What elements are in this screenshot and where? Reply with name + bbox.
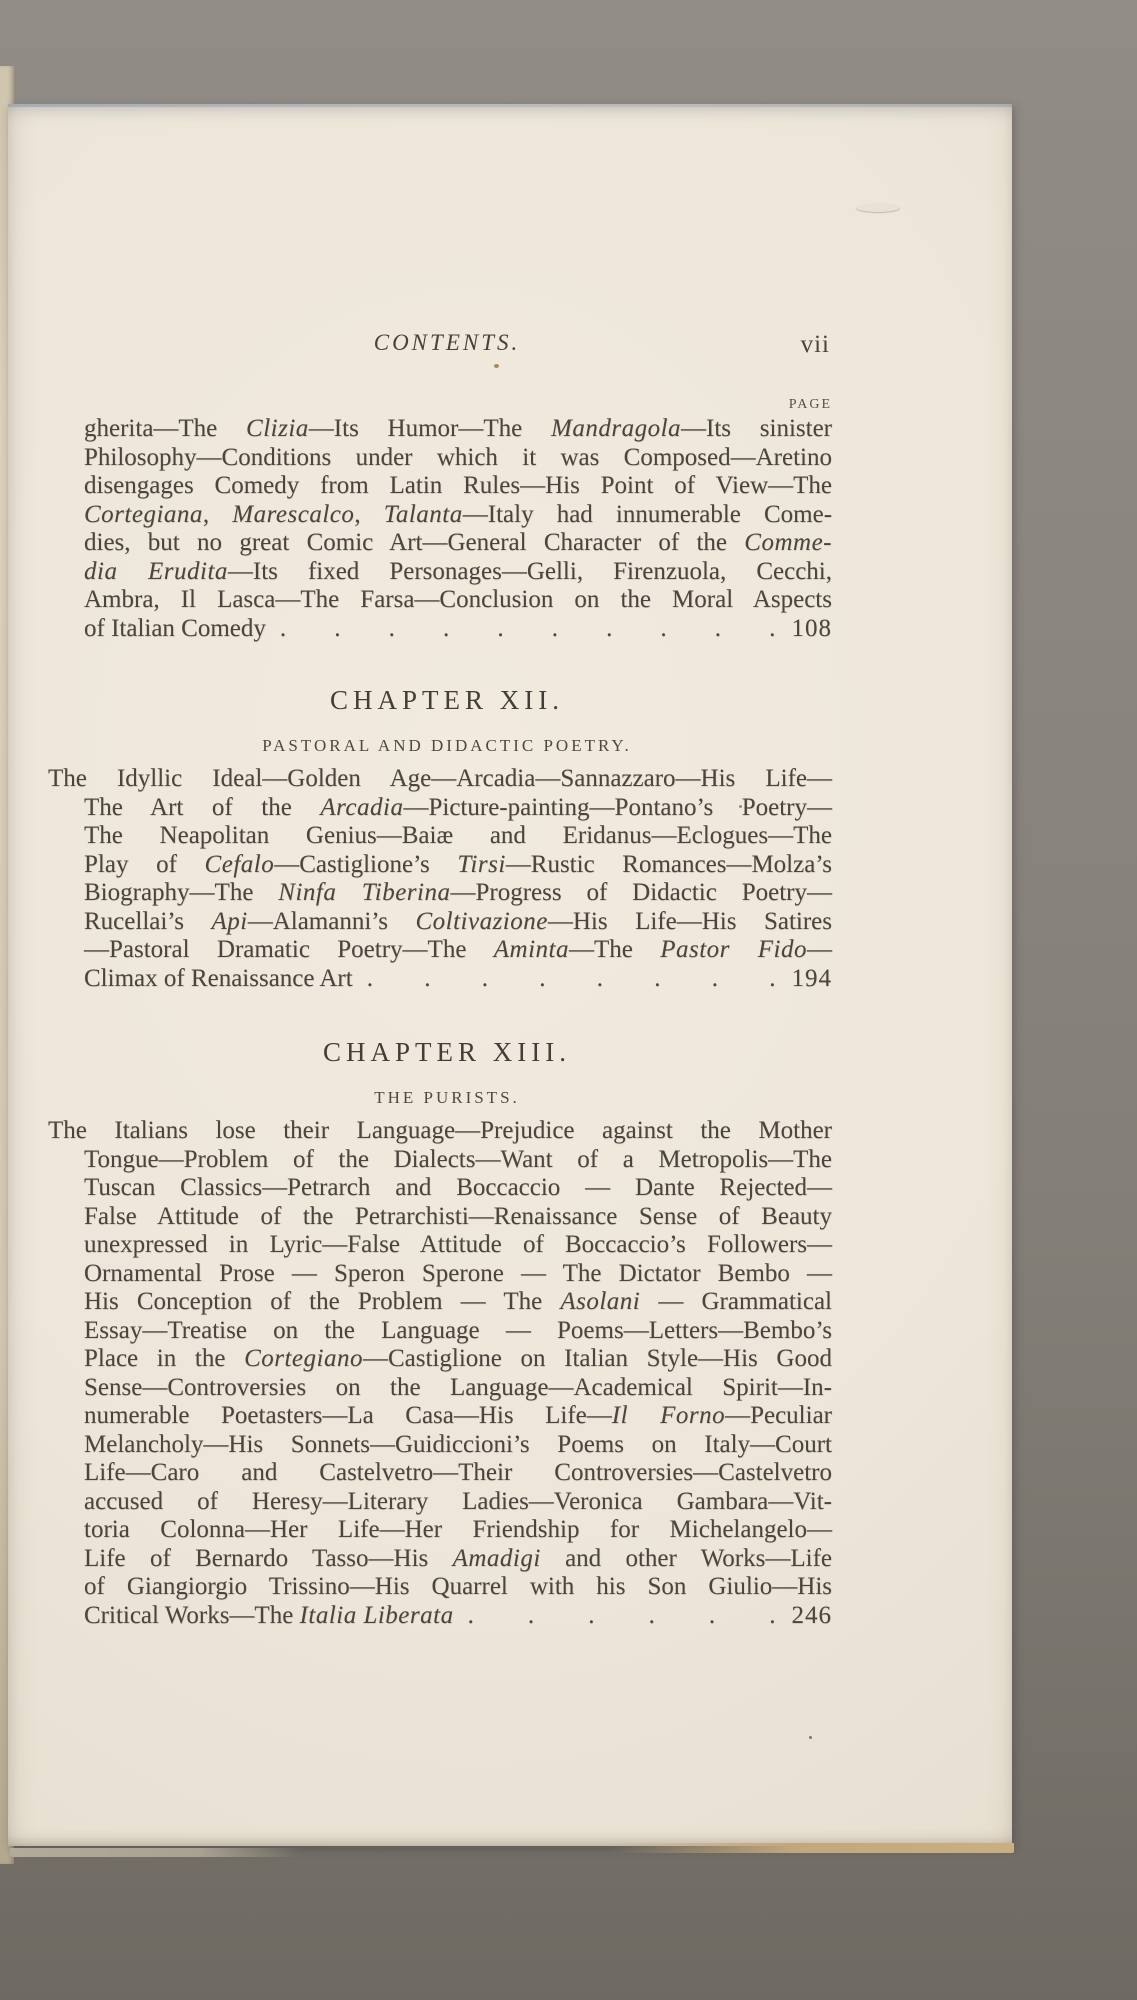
toc-text: Rucellai’s — [84, 908, 211, 935]
torn-paper-edge — [856, 203, 900, 212]
toc-line: Biography—The Ninfa Tiberina—Progress of… — [84, 879, 832, 908]
toc-text: The Art of the — [84, 794, 320, 821]
leader-dot: . — [528, 1602, 534, 1631]
leader-dot: . — [769, 615, 775, 644]
toc-text: Sense—Controversies on the Language—Acad… — [84, 1374, 832, 1401]
toc-line: Tongue—Problem of the Dialects—Want of a… — [84, 1146, 832, 1175]
toc-line: disengages Comedy from Latin Rules—His P… — [84, 472, 832, 501]
toc-text: gherita—The — [84, 415, 246, 442]
italic-title-text: Api — [211, 908, 247, 935]
leader-dot: . — [389, 615, 395, 644]
leader-dot: . — [539, 965, 545, 994]
toc-line: Place in the Cortegiano—Castiglione on I… — [84, 1345, 832, 1374]
toc-line: Tuscan Classics—Petrarch and Boccaccio —… — [84, 1174, 832, 1203]
toc-line: Life—Caro and Castelvetro—Their Controve… — [84, 1459, 832, 1488]
toc-text: of Italian Comedy — [84, 615, 266, 644]
toc-text: unexpressed in Lyric—False Attitude of B… — [84, 1231, 832, 1258]
dot-leader: ...... — [454, 1602, 792, 1631]
toc-text: —Its sinister — [681, 415, 832, 442]
leader-dot: . — [552, 615, 558, 644]
italic-title-text: Cortegiano — [244, 1345, 363, 1372]
toc-line: numerable Poetasters—La Casa—His Life—Il… — [84, 1402, 832, 1431]
italic-title-text: Cefalo — [205, 851, 275, 878]
leader-dot: . — [597, 965, 603, 994]
leader-dot: . — [280, 615, 286, 644]
chapter-subtitle: THE PURISTS. — [48, 1087, 832, 1109]
leader-dot: . — [769, 965, 775, 994]
leader-dot: . — [482, 965, 488, 994]
toc-text: —Progress of Didactic Poetry— — [450, 879, 832, 906]
italic-title-text: Mandragola — [551, 415, 681, 442]
italic-title-text: Il Forno — [612, 1402, 725, 1429]
toc-text: —Rustic Romances—Molza’s — [506, 851, 832, 878]
running-title: CONTENTS. — [48, 328, 832, 358]
toc-text: False Attitude of the Petrarchisti—Renai… — [84, 1203, 832, 1230]
chapter-summary: gherita—The Clizia—Its Humor—The Mandrag… — [48, 415, 832, 643]
entry-page-number: 194 — [792, 965, 833, 994]
toc-text: Ambra, Il Lasca—The Farsa—Conclusion on … — [84, 586, 832, 613]
toc-line: Rucellai’s Api—Alamanni’s Coltivazione—H… — [84, 908, 832, 937]
toc-line: Ambra, Il Lasca—The Farsa—Conclusion on … — [84, 586, 832, 615]
leader-dot: . — [709, 1602, 715, 1631]
leader-dot: . — [588, 1602, 594, 1631]
toc-text: disengages Comedy from Latin Rules—His P… — [84, 472, 832, 499]
toc-line: Cortegiana, Marescalco, Talanta—Italy ha… — [84, 501, 832, 530]
toc-text: Critical Works—The — [84, 1602, 300, 1629]
toc-text: —Alamanni’s — [248, 908, 416, 935]
toc-line: His Conception of the Problem — The Asol… — [84, 1288, 832, 1317]
toc-line: unexpressed in Lyric—False Attitude of B… — [84, 1231, 832, 1260]
toc-text: , — [354, 501, 383, 528]
toc-text: —The — [569, 936, 660, 963]
toc-text: accused of Heresy—Literary Ladies—Veroni… — [84, 1488, 832, 1515]
toc-text: toria Colonna—Her Life—Her Friendship fo… — [84, 1516, 832, 1543]
toc-line: accused of Heresy—Literary Ladies—Veroni… — [84, 1488, 832, 1517]
toc-line: dia Erudita—Its fixed Personages—Gelli, … — [84, 558, 832, 587]
italic-title-text: Comme- — [744, 529, 832, 556]
toc-text: —Italy had innumerable Come- — [463, 501, 832, 528]
toc-line: The Art of the Arcadia—Picture-painting—… — [84, 794, 832, 823]
leader-dot: . — [654, 965, 660, 994]
toc-line: Play of Cefalo—Castiglione’s Tirsi—Rusti… — [84, 851, 832, 880]
italic-title-text: Pastor Fido — [660, 936, 807, 963]
toc-line: Melancholy—His Sonnets—Guidiccioni’s Poe… — [84, 1431, 832, 1460]
italic-title-text: Cortegiana — [84, 501, 203, 528]
toc-text: and other Works—Life — [541, 1545, 832, 1572]
italic-title-text: Asolani — [560, 1288, 640, 1315]
chapter-summary: The Italians lose their Language—Prejudi… — [48, 1117, 832, 1630]
entry-page-number: 108 — [792, 615, 833, 644]
toc-text: Life—Caro and Castelvetro—Their Controve… — [84, 1459, 832, 1486]
italic-title-text: Talanta — [384, 501, 463, 528]
toc-text: Philosophy—Conditions under which it was… — [84, 444, 832, 471]
toc-text: —Its fixed Personages—Gelli, Firenzuola,… — [228, 558, 832, 585]
page-stack-edge-left — [10, 1848, 300, 1857]
italic-title-text: Clizia — [246, 415, 309, 442]
toc-line: Ornamental Prose — Speron Sperone — The … — [84, 1260, 832, 1289]
toc-text: —His Life—His Satires — [548, 908, 832, 935]
toc-line: Essay—Treatise on the Language — Poems—L… — [84, 1317, 832, 1346]
scan-canvas: { "colors": { "background_gray": "#89847… — [0, 0, 1137, 2000]
toc-line: Sense—Controversies on the Language—Acad… — [84, 1374, 832, 1403]
leader-dot: . — [715, 615, 721, 644]
toc-line: Philosophy—Conditions under which it was… — [84, 444, 832, 473]
toc-text: — — [807, 936, 832, 963]
toc-text: of Giangiorgio Trissino—His Quarrel with… — [84, 1573, 832, 1600]
toc-text: , — [203, 501, 232, 528]
toc-text: Essay—Treatise on the Language — Poems—L… — [84, 1317, 832, 1344]
toc-text: —Pastoral Dramatic Poetry—The — [84, 936, 494, 963]
toc-line: of Giangiorgio Trissino—His Quarrel with… — [84, 1573, 832, 1602]
toc-text: His Conception of the Problem — The — [84, 1288, 560, 1315]
italic-title-text: Arcadia — [320, 794, 403, 821]
toc-text: — Grammatical — [640, 1288, 832, 1315]
toc-text: Ornamental Prose — Speron Sperone — The … — [84, 1260, 832, 1287]
toc-text: Biography—The — [84, 879, 278, 906]
toc-text: Place in the — [84, 1345, 244, 1372]
toc-line: toria Colonna—Her Life—Her Friendship fo… — [84, 1516, 832, 1545]
leader-dot: . — [497, 615, 503, 644]
page-column-label: PAGE — [789, 397, 832, 413]
leader-dot: . — [649, 1602, 655, 1631]
page-stack-edge-right — [610, 1843, 1014, 1853]
folio-number: vii — [801, 330, 830, 360]
toc-line: The Neapolitan Genius—Baiæ and Eridanus—… — [84, 822, 832, 851]
toc-entry-final-line: Critical Works—The Italia Liberata......… — [84, 1602, 832, 1631]
toc-text: —Peculiar — [725, 1402, 832, 1429]
toc-line: The Italians lose their Language—Prejudi… — [48, 1117, 832, 1146]
toc-line: dies, but no great Comic Art—General Cha… — [84, 529, 832, 558]
toc-text: The Idyllic Ideal—Golden Age—Arcadia—San… — [48, 765, 832, 792]
toc-line: False Attitude of the Petrarchisti—Renai… — [84, 1203, 832, 1232]
toc-text: —Castiglione on Italian Style—His Good — [363, 1345, 832, 1372]
toc-entry-final-line: Climax of Renaissance Art........194 — [84, 965, 832, 994]
italic-title-text: Amadigi — [453, 1545, 541, 1572]
toc-text: Tongue—Problem of the Dialects—Want of a… — [84, 1146, 832, 1173]
toc-text: Life of Bernardo Tasso—His — [84, 1545, 453, 1572]
toc-text: —Its Humor—The — [309, 415, 551, 442]
italic-title-text: Tirsi — [457, 851, 505, 878]
chapter-heading: CHAPTER XII. — [48, 684, 832, 716]
dot-leader: .......... — [266, 615, 792, 644]
leader-dot: . — [367, 965, 373, 994]
italic-title-text: Ninfa Tiberina — [278, 879, 450, 906]
chapter-subtitle: PASTORAL AND DIDACTIC POETRY. — [48, 735, 832, 757]
toc-text: The Italians lose their Language—Prejudi… — [48, 1117, 832, 1144]
leader-dot: . — [468, 1602, 474, 1631]
leader-dot: . — [606, 615, 612, 644]
toc-entry-final-line: of Italian Comedy..........108 — [84, 615, 832, 644]
toc-text: —Castiglione’s — [274, 851, 457, 878]
dot-leader: ........ — [353, 965, 792, 994]
book-page: CONTENTS. vii PAGE gherita—The Clizia—It… — [8, 104, 1012, 1846]
toc-line: Life of Bernardo Tasso—His Amadigi and o… — [84, 1545, 832, 1574]
leader-dot: . — [443, 615, 449, 644]
toc-text: Critical Works—The Italia Liberata — [84, 1602, 454, 1631]
toc-line: gherita—The Clizia—Its Humor—The Mandrag… — [84, 415, 832, 444]
leader-dot: . — [334, 615, 340, 644]
leader-dot: . — [424, 965, 430, 994]
toc-text: of Italian Comedy — [84, 615, 266, 642]
toc-text: The Neapolitan Genius—Baiæ and Eridanus—… — [84, 822, 832, 849]
italic-title-text: Aminta — [494, 936, 569, 963]
toc-text: —Picture-painting—Pontano’s Poetry— — [403, 794, 832, 821]
leader-dot: . — [660, 615, 666, 644]
chapter-heading: CHAPTER XIII. — [48, 1036, 832, 1068]
toc-line: —Pastoral Dramatic Poetry—The Aminta—The… — [84, 936, 832, 965]
toc-text: Climax of Renaissance Art — [84, 965, 353, 994]
leader-dot: . — [769, 1602, 775, 1631]
toc-line: The Idyllic Ideal—Golden Age—Arcadia—San… — [48, 765, 832, 794]
toc-text: Play of — [84, 851, 205, 878]
italic-title-text: Marescalco — [232, 501, 354, 528]
toc-text: numerable Poetasters—La Casa—His Life— — [84, 1402, 612, 1429]
toc-text: Climax of Renaissance Art — [84, 965, 353, 992]
italic-title-text: Italia Liberata — [300, 1602, 454, 1629]
chapter-summary: The Idyllic Ideal—Golden Age—Arcadia—San… — [48, 765, 832, 993]
entry-page-number: 246 — [792, 1602, 833, 1631]
italic-title-text: dia Erudita — [84, 558, 228, 585]
toc-text: Tuscan Classics—Petrarch and Boccaccio —… — [84, 1174, 832, 1201]
text-column: CONTENTS. vii PAGE gherita—The Clizia—It… — [48, 104, 832, 1846]
leader-dot: . — [712, 965, 718, 994]
toc-text: dies, but no great Comic Art—General Cha… — [84, 529, 744, 556]
italic-title-text: Coltivazione — [415, 908, 547, 935]
toc-text: Melancholy—His Sonnets—Guidiccioni’s Poe… — [84, 1431, 832, 1458]
